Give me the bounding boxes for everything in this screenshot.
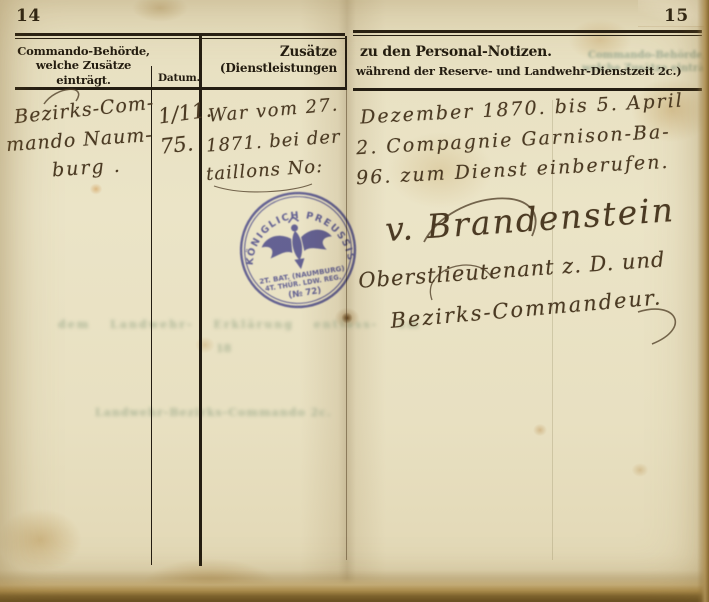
signature-title-line2: Bezirks-Commandeur. <box>389 285 663 333</box>
bleedthrough-text: 18 <box>216 342 231 355</box>
left-header-bottom-rule <box>15 87 345 90</box>
zusaetze-header-line2: (Dienstleistungen <box>205 61 337 76</box>
entry-date-line: 1/11. <box>157 97 214 128</box>
commando-header-line1: Commando-Behörde, <box>15 44 152 58</box>
flourish-stroke <box>638 309 675 344</box>
signature: v. Brandenstein <box>384 190 676 249</box>
column-header-zusaetze: Zusätze (Dienstleistungen <box>205 44 342 76</box>
left-page-edge-rule-header <box>345 36 347 90</box>
zusaetze-header-line1: Zusätze <box>205 44 337 61</box>
bleedthrough-text: dem Landwehr- Erklärung entlass- am <box>58 318 421 331</box>
zusaetze-line: 1871. bei der <box>205 126 341 156</box>
commando-header-line2: welche Zusätze einträgt. <box>15 58 152 87</box>
column-header-commando: Commando-Behörde, welche Zusätze einträg… <box>15 44 152 87</box>
bleedthrough-text: Landwehr-Bezirks-Commando 2c. <box>95 406 332 419</box>
zusaetze-line: War vom 27. <box>207 94 339 126</box>
left-page-edge-rule <box>346 90 347 560</box>
right-page-top-rule <box>353 30 702 37</box>
authority-line: Bezirks-Com- <box>13 92 155 129</box>
authority-line: burg . <box>51 155 122 182</box>
authority-line: mando Naum- <box>5 124 153 156</box>
left-page-top-rule <box>15 33 345 40</box>
bleedthrough-text: Commando-Behörde, <box>588 50 706 61</box>
signature-title-line1: Oberstlieutenant z. D. und <box>358 247 667 292</box>
personal-header-line2: während der Reserve- und Landwehr-Dienst… <box>356 64 682 78</box>
page-number-right: 15 <box>664 6 689 27</box>
military-pass-open-book: 14 15 Commando-Behörde, welche Zusätze e… <box>0 0 709 602</box>
book-bottom-edge <box>0 570 709 602</box>
zusaetze-line: taillons No: <box>205 156 323 185</box>
right-header-bottom-rule <box>353 88 702 91</box>
personal-header-line1: zu den Personal-Notizen. <box>360 44 552 62</box>
page-number-left: 14 <box>16 6 41 27</box>
entry-date-line: 75. <box>159 131 195 158</box>
column-header-datum: Datum. <box>158 72 200 85</box>
stamp-graphic: KÖNIGLICH PREUSSISCH 2T. BAT. (NAUMBURG)… <box>228 180 368 320</box>
prussian-ink-stamp: KÖNIGLICH PREUSSISCH 2T. BAT. (NAUMBURG)… <box>228 180 368 320</box>
